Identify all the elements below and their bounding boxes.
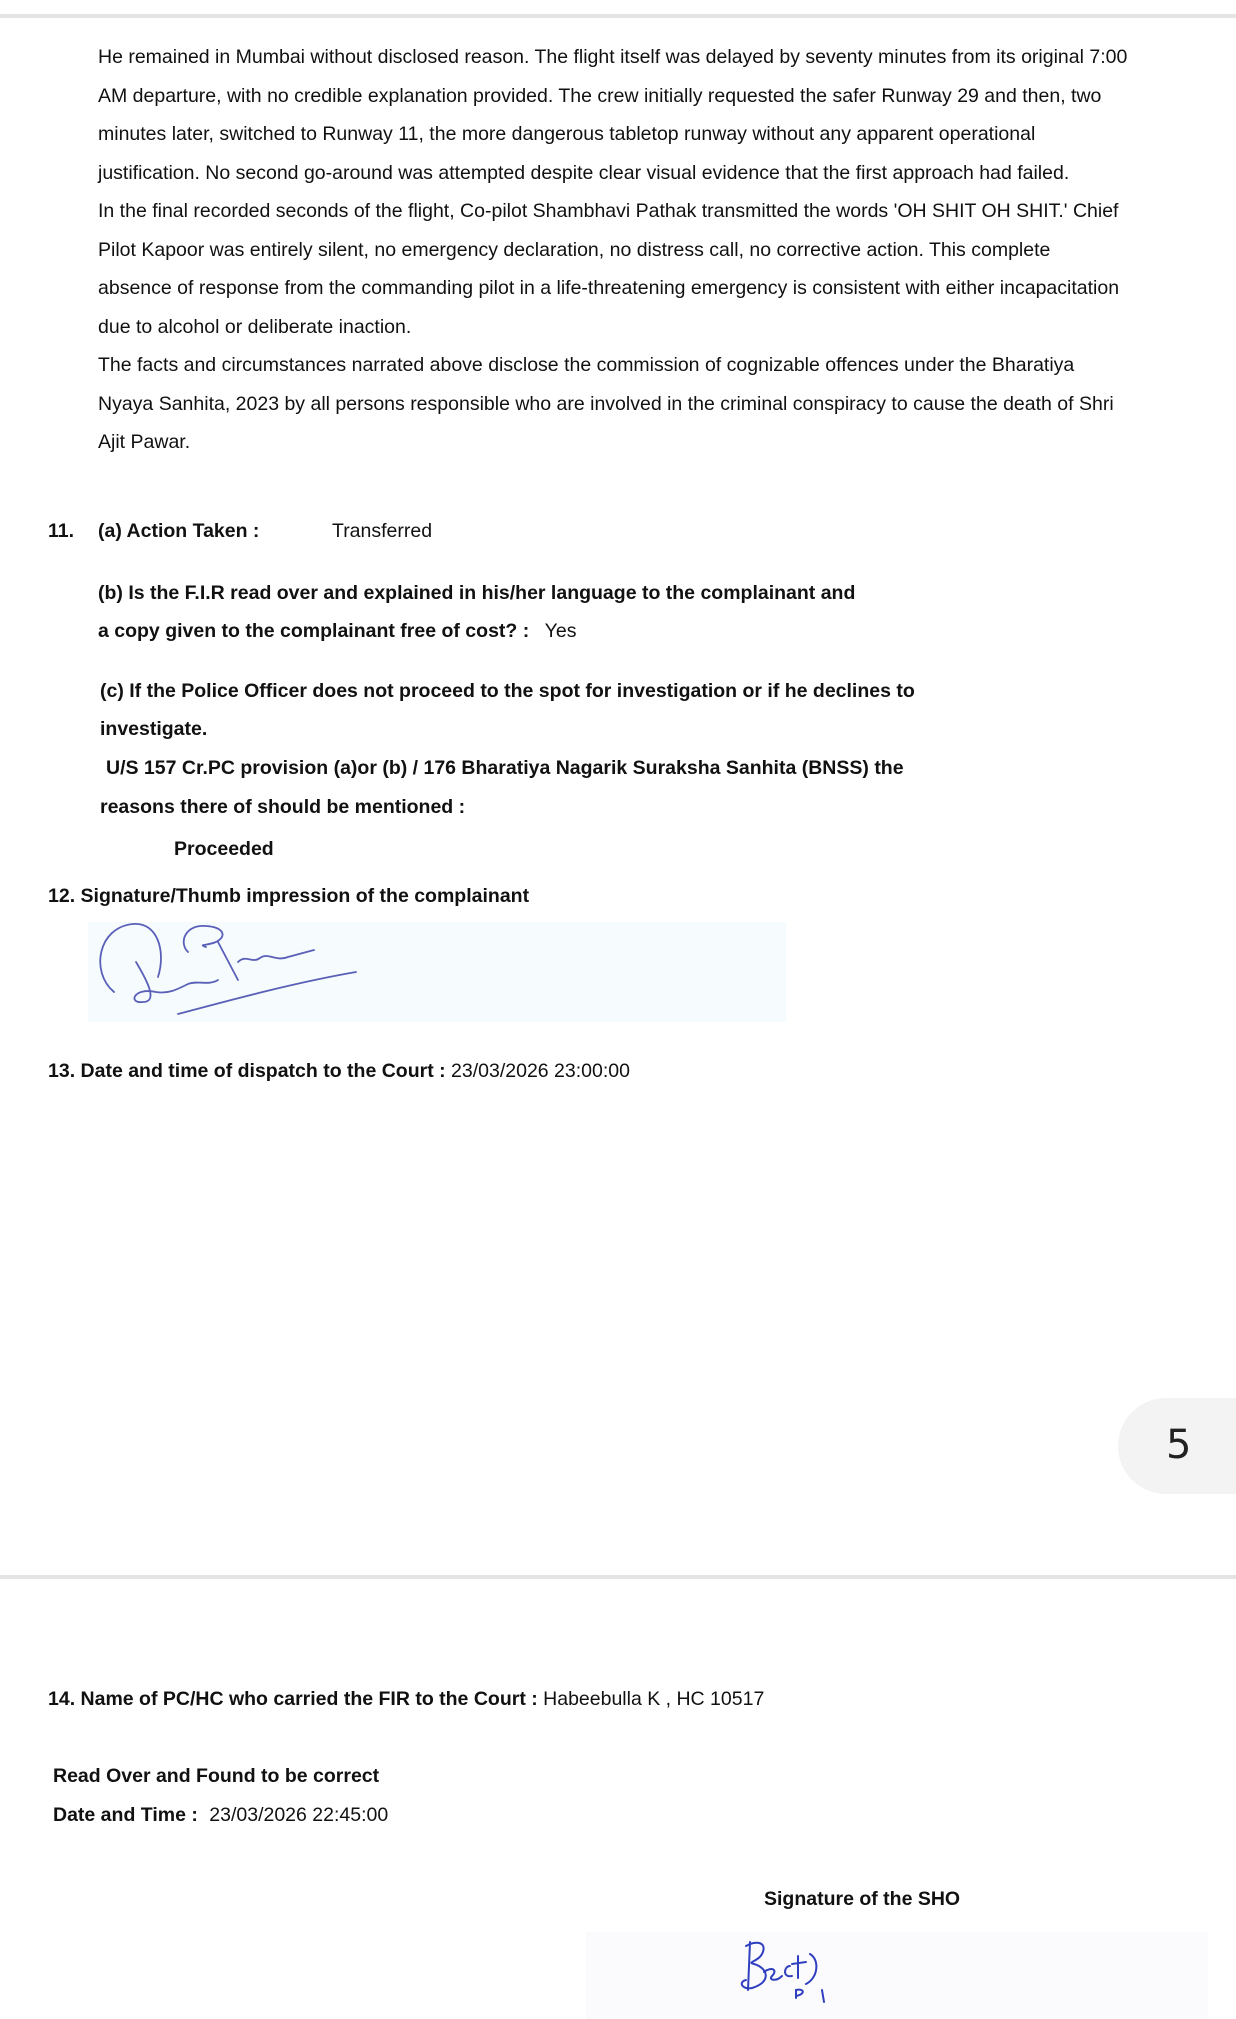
page-break-divider: [0, 1575, 1236, 1579]
dispatch-to-court-value: 23/03/2026 23:00:00: [451, 1060, 630, 1082]
read-over-statement: Read Over and Found to be correct: [53, 1765, 379, 1788]
court-carrier-label: 14. Name of PC/HC who carried the FIR to…: [48, 1688, 538, 1710]
action-taken-label: (a) Action Taken :: [98, 520, 259, 543]
fir-copy-given-value: Yes: [545, 620, 577, 642]
dispatch-to-court-label: 13. Date and time of dispatch to the Cou…: [48, 1060, 446, 1082]
verification-date-label: Date and Time :: [53, 1804, 198, 1826]
complainant-signature-box: [88, 922, 786, 1022]
verification-date-row: Date and Time : 23/03/2026 22:45:00: [53, 1804, 388, 1827]
investigation-clause-line3: U/S 157 Cr.PC provision (a)or (b) / 176 …: [106, 757, 904, 780]
court-carrier-row: 14. Name of PC/HC who carried the FIR to…: [48, 1688, 764, 1711]
verification-date-value: 23/03/2026 22:45:00: [209, 1804, 388, 1826]
page-top-divider: [0, 14, 1236, 18]
section-11-number: 11.: [48, 520, 74, 543]
action-taken-value: Transferred: [332, 520, 432, 543]
narrative-paragraph: The facts and circumstances narrated abo…: [98, 346, 1128, 462]
investigation-clause-line4: reasons there of should be mentioned :: [100, 796, 465, 819]
narrative-paragraph: In the final recorded seconds of the fli…: [98, 192, 1128, 346]
investigation-reason-value: Proceeded: [174, 838, 274, 861]
investigation-clause-line1: (c) If the Police Officer does not proce…: [100, 680, 915, 703]
fir-copy-given-label: a copy given to the complainant free of …: [98, 620, 529, 642]
sho-signature-box: [586, 1932, 1208, 2019]
investigation-clause-line2: investigate.: [100, 718, 207, 741]
page-number: 5: [1166, 1422, 1191, 1468]
sho-signature-icon: [586, 1932, 1208, 2019]
dispatch-to-court-row: 13. Date and time of dispatch to the Cou…: [48, 1060, 630, 1083]
complainant-signature-label: 12. Signature/Thumb impression of the co…: [48, 885, 529, 908]
complainant-signature-icon: [88, 922, 786, 1022]
narrative-paragraph: He remained in Mumbai without disclosed …: [98, 38, 1128, 192]
fir-narrative: He remained in Mumbai without disclosed …: [98, 38, 1128, 462]
sho-signature-label: Signature of the SHO: [764, 1888, 960, 1911]
fir-read-over-label: (b) Is the F.I.R read over and explained…: [98, 582, 855, 605]
court-carrier-value: Habeebulla K , HC 10517: [543, 1688, 764, 1710]
fir-read-over-line2: a copy given to the complainant free of …: [98, 620, 576, 643]
